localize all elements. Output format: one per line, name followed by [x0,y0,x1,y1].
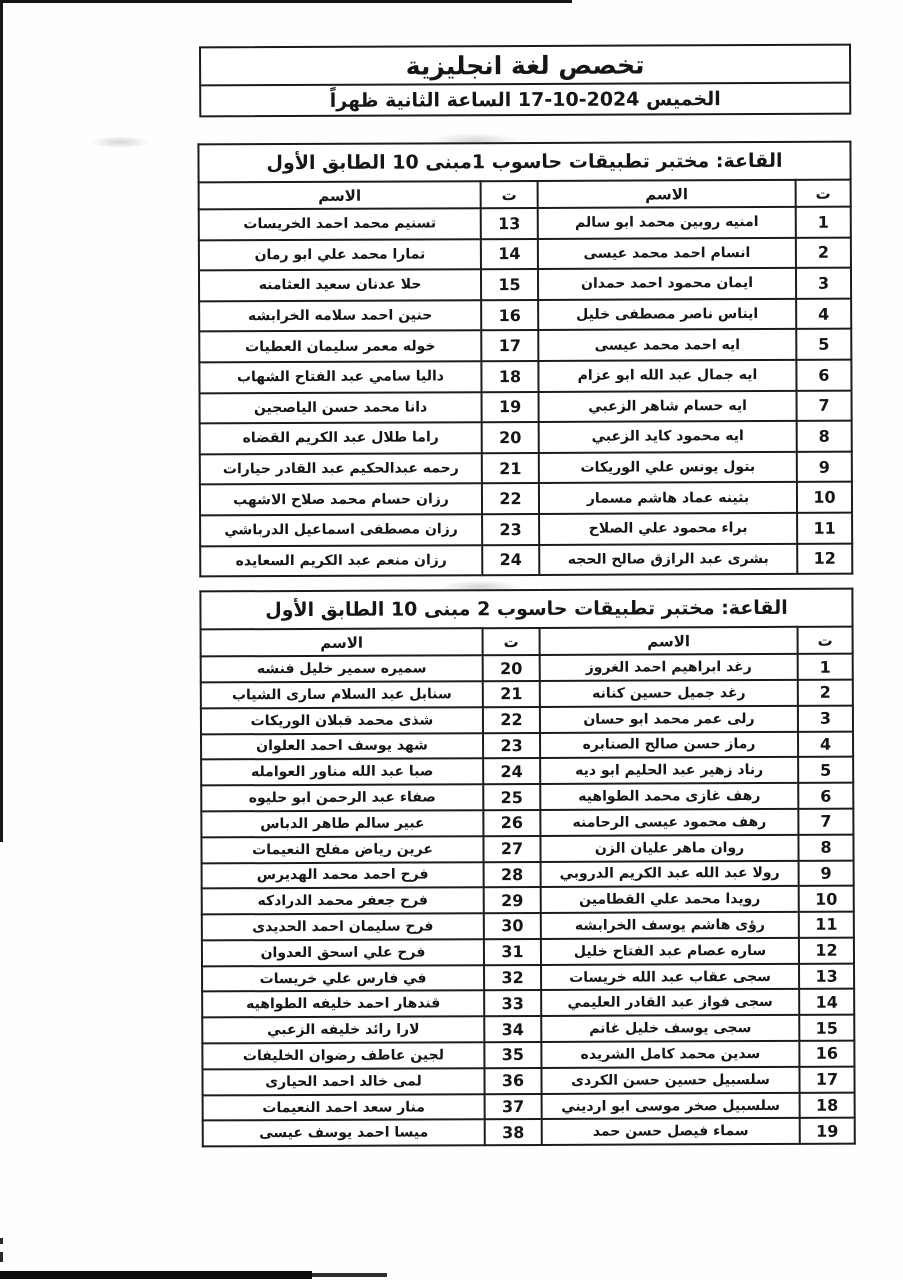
student-name-cell: ايناس ناصر مصطفى خليل [538,299,796,331]
roster-row: 19سماء فيصل حسن حمد38ميسا احمد يوسف عيسى [203,1118,855,1147]
roster-row: 1امنيه روبين محمد ابو سالم13تسنيم محمد ا… [199,207,851,240]
student-name-cell: رؤى هاشم يوسف الخرابشه [541,912,799,939]
seat-number-cell: 21 [483,681,540,707]
scan-edge-bottom-bar [0,1271,312,1279]
roster-table-lab2: القاعة: مختبر تطبيقات حاسوب 2 مبنى 10 ال… [201,588,855,1148]
seat-number-cell: 11 [799,912,854,938]
scan-edge-bottom-bar [312,1273,387,1277]
roster-row: 8ايه محمود كايد الزعبي20راما طلال عبد ال… [200,421,852,454]
student-name-cell: سجى فواز عبد القادر العليمي [541,989,799,1016]
student-name-cell: شذى محمد قبلان الوريكات [201,707,483,734]
seat-number-cell: 32 [484,965,541,991]
student-name-cell: بثينه عماد هاشم مسمار [539,482,797,514]
roster-row: 4ايناس ناصر مصطفى خليل16حنين احمد سلامه … [199,298,851,331]
seat-number-cell: 10 [797,482,852,513]
col-header-number: ت [481,181,538,208]
roster-row: 11رؤى هاشم يوسف الخرابشه30فرح سليمان احم… [202,912,854,941]
roster-row: 5رناد زهير عبد الحليم ابو ديه24صبا عبد ا… [201,757,853,786]
roster-row: 6رهف غازى محمد الطواهيه25صفاء عبد الرحمن… [201,783,853,812]
seat-number-cell: 24 [483,758,540,784]
seat-number-cell: 27 [483,836,540,862]
roster-row: 17سلسبيل حسين حسن الكردى36لمى خالد احمد … [202,1066,854,1095]
student-name-cell: رولا عبد الله عبد الكريم الدروبي [541,860,799,887]
student-name-cell: رهف غازى محمد الطواهيه [540,783,798,810]
seat-number-cell: 2 [796,237,851,268]
roster-grid: القاعة: مختبر تطبيقات حاسوب 1مبنى 10 الط… [197,141,853,578]
seat-number-cell: 1 [796,207,851,238]
col-header-number: ت [798,627,853,654]
seat-number-cell: 20 [483,655,540,681]
student-name-cell: رماز حسن صالح الصنابره [540,731,798,758]
student-name-cell: سماء فيصل حسن حمد [542,1118,800,1145]
student-name-cell: رغد ابراهيم احمد الغروز [540,654,798,681]
seat-number-cell: 12 [799,937,854,963]
student-name-cell: سدين محمد كامل الشريده [541,1041,799,1068]
roster-row: 16سدين محمد كامل الشريده35لجين عاطف رضوا… [202,1041,854,1070]
student-name-cell: في فارس علي خريسات [202,965,484,992]
seat-number-cell: 4 [798,731,853,757]
seat-number-cell: 3 [798,705,853,731]
seat-number-cell: 11 [797,513,852,544]
student-name-cell: انسام احمد محمد عيسى [538,237,796,269]
seat-number-cell: 18 [800,1092,855,1118]
seat-number-cell: 6 [798,783,853,809]
student-name-cell: ايمان محمود احمد حمدان [538,268,796,300]
student-name-cell: سلسبيل صخر موسى ابو ارديني [542,1092,800,1119]
scan-smudge [90,136,150,148]
student-name-cell: ساره عصام عبد الفتاح خليل [541,938,799,965]
seat-number-cell: 8 [798,834,853,860]
roster-row: 5ايه احمد محمد عيسى17خوله معمر سليمان ال… [199,329,851,362]
seat-number-cell: 13 [799,963,854,989]
student-name-cell: شهد يوسف احمد العلوان [201,733,483,760]
seat-number-cell: 17 [481,330,538,361]
roster-row: 11براء محمود علي الصلاح23رزان مصطفى اسما… [200,513,852,546]
seat-number-cell: 16 [799,1041,854,1067]
seat-number-cell: 18 [481,361,538,392]
roster-row: 12بشرى عبد الرازق صالح الحجه24رزان منعم … [200,543,852,576]
student-name-cell: تمارا محمد علي ابو رمان [199,239,481,271]
seat-number-cell: 10 [799,886,854,912]
document-content: تخصص لغة انجليزية الخميس 2024-10-17 السا… [199,44,856,1148]
seat-number-cell: 21 [482,453,539,484]
student-name-cell: دانا محمد حسن الياصجين [199,392,481,424]
roster-row: 8روان ماهر عليان الزن27عرين رياض مفلح ال… [201,834,853,863]
roster-row: 3رلى عمر محمد ابو حسان22شذى محمد قبلان ا… [201,705,853,734]
seat-number-cell: 7 [798,808,853,834]
seat-number-cell: 2 [798,679,853,705]
student-name-cell: خوله معمر سليمان العطيات [199,331,481,363]
title-block: تخصص لغة انجليزية الخميس 2024-10-17 السا… [199,44,851,118]
room-title: القاعة: مختبر تطبيقات حاسوب 1مبنى 10 الط… [198,142,850,183]
roster-row: 10بثينه عماد هاشم مسمار22رزان حسام محمد … [200,482,852,515]
col-header-name: الاسم [199,181,481,209]
student-name-cell: حنين احمد سلامه الخرابشه [199,300,481,332]
student-name-cell: صبا عبد الله مناور العوامله [201,759,483,786]
seat-number-cell: 34 [484,1016,541,1042]
student-name-cell: فرح احمد محمد الهديرس [202,862,484,889]
scan-edge-left-dash [0,1252,3,1262]
seat-number-cell: 6 [796,360,851,391]
seat-number-cell: 30 [484,913,541,939]
student-name-cell: عرين رياض مفلح النعيمات [201,836,483,863]
student-name-cell: امنيه روبين محمد ابو سالم [538,207,796,239]
scan-edge-left-dash [0,1238,3,1244]
student-name-cell: لمى خالد احمد الحيارى [202,1068,484,1095]
student-name-cell: ايه احمد محمد عيسى [538,329,796,361]
seat-number-cell: 22 [483,707,540,733]
seat-number-cell: 3 [796,268,851,299]
seat-number-cell: 1 [798,654,853,680]
roster-row: 9رولا عبد الله عبد الكريم الدروبي28فرح ا… [202,860,854,889]
seat-number-cell: 14 [481,239,538,270]
roster-row: 6ايه جمال عبد الله ابو عزام18داليا سامي … [199,360,851,393]
roster-row: 2رغد جميل حسين كنانه21سنابل عبد السلام س… [201,679,853,708]
roster-row: 7ايه حسام شاهر الزعبي19دانا محمد حسن الي… [199,390,851,423]
student-name-cell: بشرى عبد الرازق صالح الحجه [539,543,797,575]
room-title: القاعة: مختبر تطبيقات حاسوب 2 مبنى 10 ال… [200,589,852,630]
seat-number-cell: 4 [796,298,851,329]
scanned-roster-page: تخصص لغة انجليزية الخميس 2024-10-17 السا… [0,0,903,1280]
seat-number-cell: 20 [482,422,539,453]
student-name-cell: ميسا احمد يوسف عيسى [203,1120,485,1147]
student-name-cell: روان ماهر عليان الزن [540,835,798,862]
student-name-cell: سنابل عبد السلام سارى الشياب [201,681,483,708]
roster-row: 3ايمان محمود احمد حمدان15حلا عدنان سعيد … [199,268,851,301]
seat-number-cell: 36 [484,1068,541,1094]
seat-number-cell: 15 [481,269,538,300]
scan-edge-top-line [0,0,572,3]
roster-grid: القاعة: مختبر تطبيقات حاسوب 2 مبنى 10 ال… [199,588,855,1148]
col-header-name: الاسم [538,180,796,208]
roster-row: 4رماز حسن صالح الصنابره23شهد يوسف احمد ا… [201,731,853,760]
student-name-cell: راما طلال عبد الكريم القضاه [200,422,482,454]
seat-number-cell: 24 [482,544,539,575]
exam-datetime: الخميس 2024-10-17 الساعة الثانية ظهراً [201,84,849,116]
student-name-cell: سجى يوسف خليل غانم [541,1015,799,1042]
seat-number-cell: 35 [484,1042,541,1068]
seat-number-cell: 33 [484,990,541,1016]
seat-number-cell: 13 [481,208,538,239]
roster-table-lab1: القاعة: مختبر تطبيقات حاسوب 1مبنى 10 الط… [199,141,853,578]
seat-number-cell: 8 [797,421,852,452]
seat-number-cell: 23 [482,514,539,545]
seat-number-cell: 12 [797,543,852,574]
seat-number-cell: 26 [483,810,540,836]
student-name-cell: ايه جمال عبد الله ابو عزام [538,360,796,392]
seat-number-cell: 23 [483,732,540,758]
student-name-cell: فرح علي اسحق العدوان [202,939,484,966]
student-name-cell: رويدا محمد علي القطامين [541,886,799,913]
roster-row: 10رويدا محمد علي القطامين29فرح جعفر محمد… [202,886,854,915]
student-name-cell: ايه حسام شاهر الزعبي [539,390,797,422]
col-header-name: الاسم [540,627,798,655]
student-name-cell: قندهار احمد خليفه الطواهيه [202,991,484,1018]
seat-number-cell: 9 [797,451,852,482]
student-name-cell: فرح سليمان احمد الحديدى [202,913,484,940]
seat-number-cell: 28 [484,861,541,887]
seat-number-cell: 7 [797,390,852,421]
page-title: تخصص لغة انجليزية [201,46,849,87]
col-header-name: الاسم [201,628,483,656]
student-name-cell: رلى عمر محمد ابو حسان [540,706,798,733]
seat-number-cell: 19 [482,392,539,423]
roster-row: 2انسام احمد محمد عيسى14تمارا محمد علي اب… [199,237,851,270]
roster-row: 18سلسبيل صخر موسى ابو ارديني37منار سعد ا… [203,1092,855,1121]
seat-number-cell: 14 [799,989,854,1015]
student-name-cell: رهف محمود عيسى الرحامنه [540,809,798,836]
seat-number-cell: 16 [481,300,538,331]
student-name-cell: سميره سمير خليل فنشه [201,655,483,682]
seat-number-cell: 5 [796,329,851,360]
student-name-cell: رحمه عبدالحكيم عبد القادر حيارات [200,453,482,485]
seat-number-cell: 5 [798,757,853,783]
seat-number-cell: 29 [484,887,541,913]
seat-number-cell: 17 [799,1066,854,1092]
student-name-cell: رزان مصطفى اسماعيل الدرباشي [200,514,482,546]
seat-number-cell: 31 [484,939,541,965]
col-header-number: ت [796,180,851,207]
student-name-cell: داليا سامي عبد الفتاح الشهاب [199,361,481,393]
seat-number-cell: 22 [482,483,539,514]
student-name-cell: صفاء عبد الرحمن ابو حليوه [201,784,483,811]
student-name-cell: فرح جعفر محمد الدرادكه [202,887,484,914]
roster-row: 12ساره عصام عبد الفتاح خليل31فرح علي اسح… [202,937,854,966]
student-name-cell: منار سعد احمد النعيمات [203,1094,485,1121]
student-name-cell: سجى عقاب عبد الله خريسات [541,964,799,991]
seat-number-cell: 15 [799,1015,854,1041]
col-header-number: ت [483,628,540,655]
student-name-cell: ايه محمود كايد الزعبي [539,421,797,453]
roster-row: 9بتول يونس علي الوريكات21رحمه عبدالحكيم … [200,451,852,484]
student-name-cell: تسنيم محمد احمد الخريسات [199,208,481,240]
roster-row: 7رهف محمود عيسى الرحامنه26عبير سالم طاهر… [201,808,853,837]
seat-number-cell: 25 [483,784,540,810]
seat-number-cell: 9 [799,860,854,886]
student-name-cell: لجين عاطف رضوان الخليفات [202,1042,484,1069]
student-name-cell: براء محمود علي الصلاح [539,513,797,545]
seat-number-cell: 38 [485,1119,542,1145]
scan-edge-left-line [0,0,3,842]
roster-row: 15سجى يوسف خليل غانم34لارا رائد خليفه ال… [202,1015,854,1044]
student-name-cell: رزان حسام محمد صلاح الاشهب [200,484,482,516]
student-name-cell: بتول يونس علي الوريكات [539,452,797,484]
student-name-cell: لارا رائد خليفه الزعبي [202,1016,484,1043]
roster-row: 14سجى فواز عبد القادر العليمي33قندهار اح… [202,989,854,1018]
student-name-cell: رغد جميل حسين كنانه [540,680,798,707]
student-name-cell: حلا عدنان سعيد العثامنه [199,269,481,301]
seat-number-cell: 19 [800,1118,855,1144]
student-name-cell: عبير سالم طاهر الدباس [201,810,483,837]
student-name-cell: رناد زهير عبد الحليم ابو ديه [540,757,798,784]
roster-row: 13سجى عقاب عبد الله خريسات32في فارس علي … [202,963,854,992]
student-name-cell: سلسبيل حسين حسن الكردى [541,1067,799,1094]
student-name-cell: رزان منعم عبد الكريم السعايده [200,545,482,577]
seat-number-cell: 37 [485,1094,542,1120]
roster-row: 1رغد ابراهيم احمد الغروز20سميره سمير خلي… [201,654,853,683]
